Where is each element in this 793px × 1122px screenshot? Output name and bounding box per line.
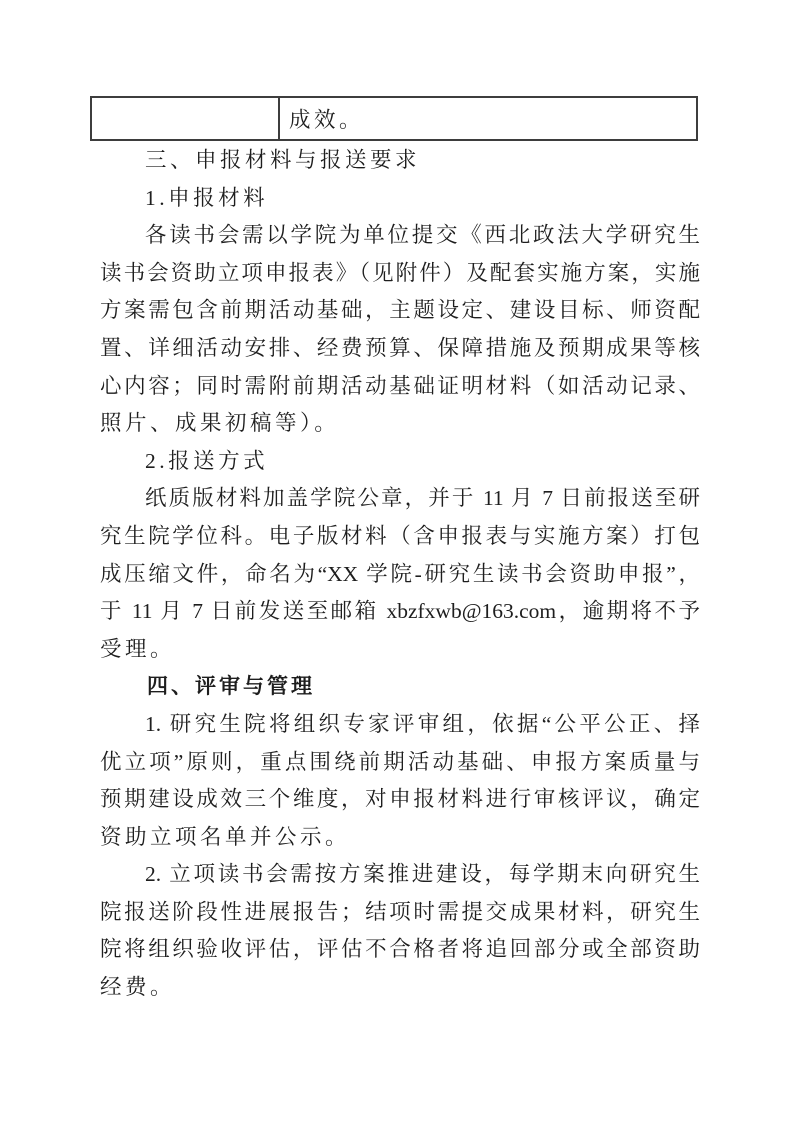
table: 成效。 xyxy=(90,96,698,141)
paragraph4-line: 经费。 xyxy=(100,969,700,1007)
paragraph2-line: 成压缩文件，命名为“XX 学院-研究生读书会资助申报”， xyxy=(100,556,700,594)
paragraph2-line: 于 11 月 7 日前发送至邮箱 xbzfxwb@163.com，逾期将不予 xyxy=(100,593,700,631)
paragraph1-line: 照片、成果初稿等）。 xyxy=(100,405,700,443)
paragraph2-line: 纸质版材料加盖学院公章，并于 11 月 7 日前报送至研 xyxy=(100,480,700,518)
paragraph1-line: 方案需包含前期活动基础，主题设定、建设目标、师资配 xyxy=(100,292,700,330)
paragraph1-line: 读书会资助立项申报表》（见附件）及配套实施方案，实施 xyxy=(100,255,700,293)
document-page: 成效。 三、申报材料与报送要求 1.申报材料 各读书会需以学院为单位提交《西北政… xyxy=(0,0,793,1122)
subheading-1: 1.申报材料 xyxy=(100,180,700,218)
paragraph3-line: 资助立项名单并公示。 xyxy=(100,819,700,857)
paragraph3-line: 1. 研究生院将组织专家评审组，依据“公平公正、择 xyxy=(100,706,700,744)
section-heading-4: 四、评审与管理 xyxy=(100,668,700,706)
paragraph2-line: 究生院学位科。电子版材料（含申报表与实施方案）打包 xyxy=(100,518,700,556)
paragraph1-line: 各读书会需以学院为单位提交《西北政法大学研究生 xyxy=(100,217,700,255)
paragraph4-line: 2. 立项读书会需按方案推进建设，每学期末向研究生 xyxy=(100,856,700,894)
paragraph4-line: 院报送阶段性进展报告；结项时需提交成果材料，研究生 xyxy=(100,894,700,932)
table-cell-left xyxy=(92,98,280,139)
section-heading-3: 三、申报材料与报送要求 xyxy=(100,142,700,180)
document-body: 三、申报材料与报送要求 1.申报材料 各读书会需以学院为单位提交《西北政法大学研… xyxy=(100,142,700,1007)
table-cell-right: 成效。 xyxy=(280,98,696,139)
subheading-2: 2.报送方式 xyxy=(100,443,700,481)
table-cell-text: 成效。 xyxy=(289,103,364,134)
paragraph1-line: 置、详细活动安排、经费预算、保障措施及预期成果等核 xyxy=(100,330,700,368)
paragraph1-line: 心内容；同时需附前期活动基础证明材料（如活动记录、 xyxy=(100,368,700,406)
paragraph4-line: 院将组织验收评估，评估不合格者将追回部分或全部资助 xyxy=(100,931,700,969)
paragraph3-line: 优立项”原则，重点围绕前期活动基础、申报方案质量与 xyxy=(100,744,700,782)
paragraph3-line: 预期建设成效三个维度，对申报材料进行审核评议，确定 xyxy=(100,781,700,819)
paragraph2-line: 受理。 xyxy=(100,631,700,669)
